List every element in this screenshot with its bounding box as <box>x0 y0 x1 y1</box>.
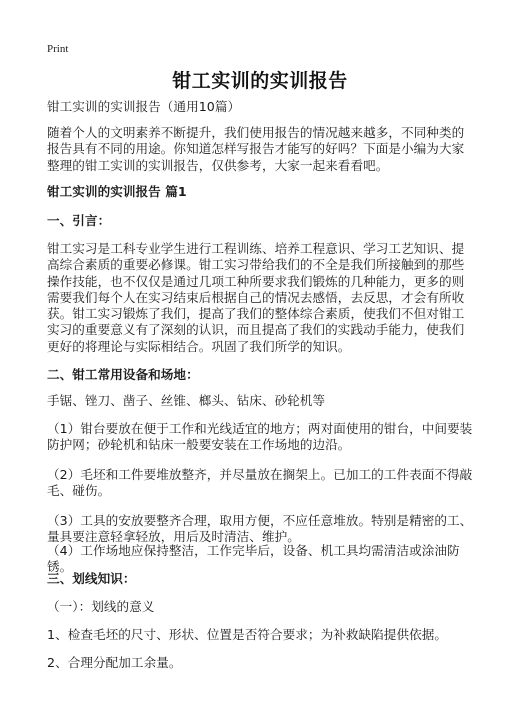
print-label[interactable]: Print <box>47 43 68 55</box>
equipment-list: 手锯、锉刀、凿子、丝锥、榔头、钻床、砂轮机等 <box>47 393 475 409</box>
section-heading-intro: 一、引言： <box>47 213 475 229</box>
document-title: 钳工实训的实训报告 <box>0 66 520 93</box>
section-heading-equipment: 二、钳工常用设备和场地： <box>47 367 475 383</box>
section-intro-paragraph: 钳工实习是工科专业学生进行工程训练、培养工程意识、学习工艺知识、提高综合素质的重… <box>47 241 475 355</box>
marking-item-1: 1、检查毛坯的尺寸、形状、位置是否符合要求；为补救缺陷提供依据。 <box>47 627 475 643</box>
section-heading-marking: 三、划线知识： <box>47 571 475 587</box>
intro-paragraph: 随着个人的文明素养不断提升，我们使用报告的情况越来越多，不同种类的报告具有不同的… <box>47 125 475 174</box>
article-heading: 钳工实训的实训报告 篇1 <box>47 184 475 200</box>
document-subtitle: 钳工实训的实训报告（通用10篇） <box>47 99 475 115</box>
marking-subheading: （一）：划线的意义 <box>47 599 475 615</box>
equipment-rule-3: （3）工具的安放要整齐合理，取用方便，不应任意堆放。特别是精密的工、量具要注意轻… <box>47 513 475 546</box>
marking-item-2: 2、合理分配加工余量。 <box>47 655 475 671</box>
equipment-rule-2: （2）毛坯和工件要堆放整齐，并尽量放在搁架上。已加工的工件表面不得敲毛、碰伤。 <box>47 467 475 500</box>
equipment-rule-1: （1）钳台要放在便于工作和光线适宜的地方；两对面使用的钳台，中间要装防护网；砂轮… <box>47 421 475 454</box>
